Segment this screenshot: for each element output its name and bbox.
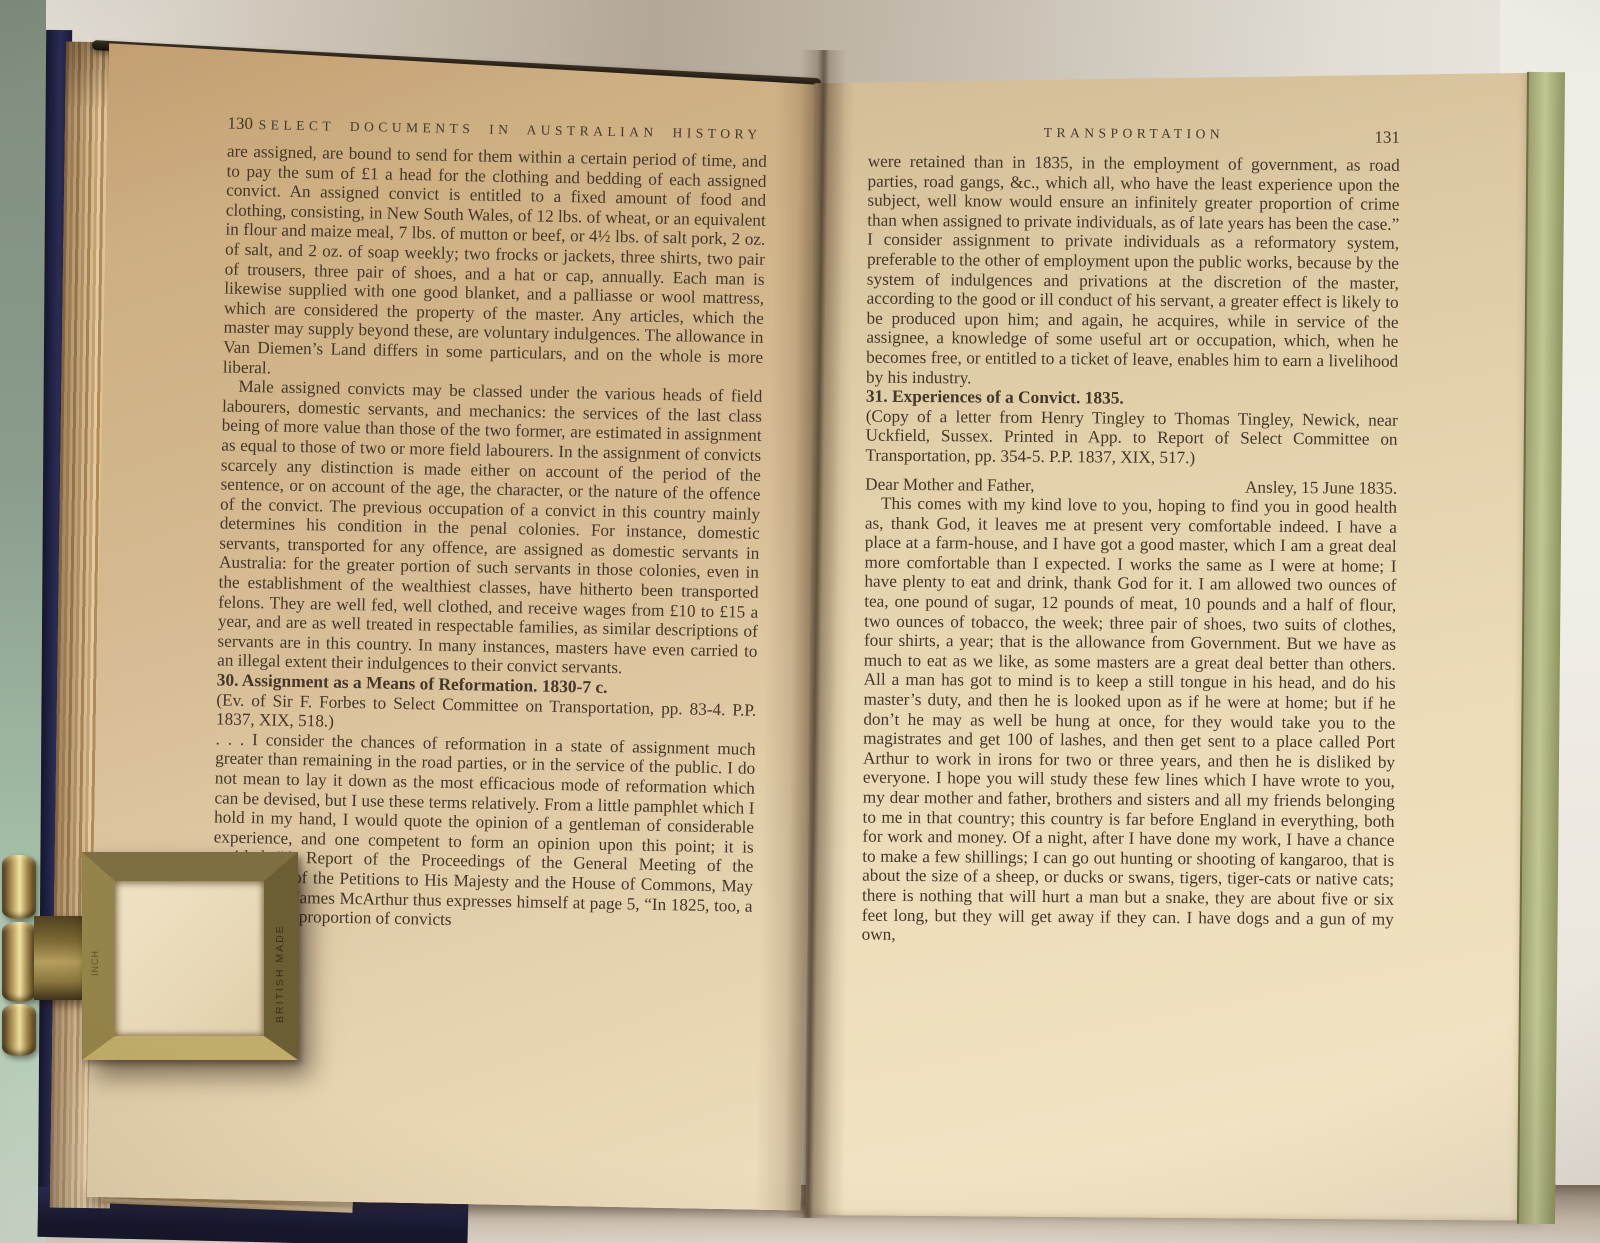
left-page-number: 130 [227,114,253,134]
photo-open-book: 130 SELECT DOCUMENTS IN AUSTRALIAN HISTO… [0,0,1600,1243]
right-header-title: TRANSPORTATION [868,124,1400,144]
left-running-header: 130 SELECT DOCUMENTS IN AUSTRALIAN HISTO… [227,114,767,144]
letter-salutation: Dear Mother and Father, [865,474,1034,495]
right-page-number: 131 [1374,128,1400,148]
right-page: TRANSPORTATION 131 were retained than in… [805,59,1530,1221]
clip-brand-text: BRITISH MADE [262,900,298,1048]
clip-stamp-text: INCH [84,928,106,998]
hinge-knuckle [2,855,36,919]
left-header-title: SELECT DOCUMENTS IN AUSTRALIAN HISTORY [253,117,768,143]
right-running-header: TRANSPORTATION 131 [868,124,1400,144]
paragraph: Male assigned convicts may be classed un… [217,377,763,681]
hinge-knuckle [2,922,36,1002]
source-note: (Copy of a letter from Henry Tingley to … [865,406,1397,469]
hinge-knuckle [2,1004,36,1056]
paragraph: are assigned, are bound to send for them… [223,142,767,387]
paragraph: were retained than in 1835, in the emplo… [866,152,1400,391]
clip-arm [34,916,86,1000]
brass-hinge-clip: BRITISH MADE INCH [0,846,330,1086]
left-page-text: are assigned, are bound to send for them… [212,142,767,936]
letter-dateline: Ansley, 15 June 1835. [1245,477,1397,498]
right-page-text: were retained than in 1835, in the emplo… [862,152,1400,949]
letter-body: This comes with my kind love to you, hop… [862,494,1398,949]
